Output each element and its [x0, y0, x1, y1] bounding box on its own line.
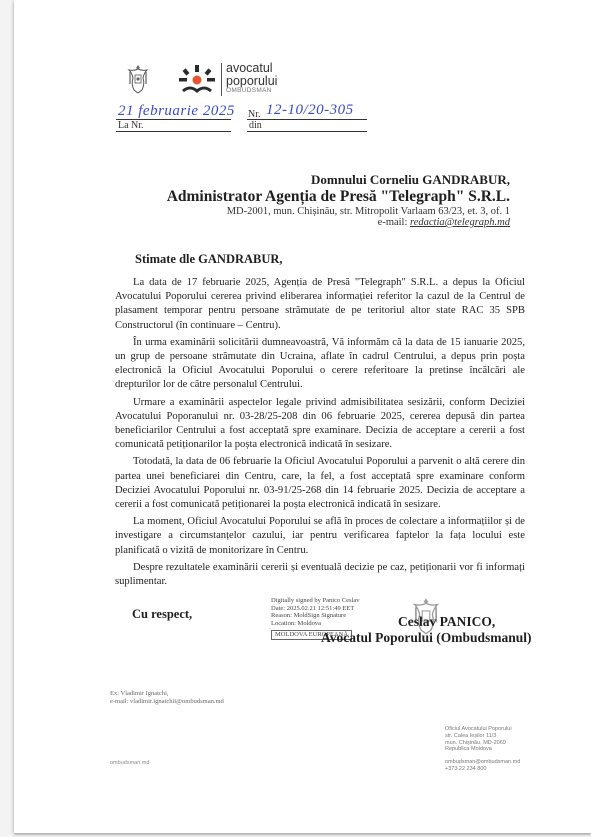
document-page: avocatul poporului OMBUDSMAN 21 februari…	[14, 0, 591, 833]
footer-phone: +373 22 234 800	[445, 766, 520, 773]
ombudsman-sun-logo-icon	[176, 64, 218, 96]
brand-line1: avocatul	[226, 62, 277, 75]
addressee-email-link[interactable]: redactia@telegraph.md	[410, 217, 510, 228]
addressee-position: Administrator Agenția de Presă "Telegrap…	[167, 188, 510, 206]
logo-divider	[221, 63, 222, 96]
body-paragraph: La data de 17 februarie 2025, Agenția de…	[115, 276, 525, 333]
nr-underline	[247, 119, 367, 120]
footer-city: mun. Chișinău, MD-2069	[445, 740, 520, 747]
body-paragraph: Despre rezultatele examinării cererii și…	[115, 561, 525, 589]
greeting: Stimate dle GANDRABUR,	[135, 252, 283, 267]
body-paragraph: În urma examinării solicitării dumneavoa…	[115, 336, 525, 393]
sig-location: Location: Moldova	[271, 620, 359, 628]
executor-info: Ex: Vladimir Ignatchi, e-mail: vladimir.…	[110, 690, 224, 706]
signer-name: Ceslav PANICO,	[398, 614, 495, 630]
signer-title: Avocatul Poporului (Ombudsmanul)	[321, 630, 532, 646]
footer-contact: Oficiul Avocatului Poporului str. Calea …	[445, 726, 520, 773]
sig-date: Date: 2025.02.21 12:51:49 EET	[271, 605, 359, 613]
executor-name: Ex: Vladimir Ignatchi,	[110, 690, 224, 698]
body-paragraph: La moment, Oficiul Avocatului Poporului …	[115, 515, 525, 558]
letter-body: La data de 17 februarie 2025, Agenția de…	[115, 276, 525, 592]
footer-street: str. Calea Ieșilor 11/3	[445, 733, 520, 740]
digital-signature-info: Digitally signed by Panico Ceslav Date: …	[271, 597, 359, 627]
footer-website: ombudsman.md	[110, 760, 149, 766]
addressee-name: Domnului Corneliu GANDRABUR,	[167, 172, 510, 188]
din-underline	[247, 131, 367, 132]
body-paragraph: Urmare a examinării aspectelor legale pr…	[115, 396, 525, 453]
la-nr-underline	[116, 131, 231, 132]
brand-line3: OMBUDSMAN	[226, 88, 277, 95]
brand-line2: poporului	[226, 75, 277, 88]
closing: Cu respect,	[132, 607, 192, 622]
din-label: din	[249, 120, 262, 131]
addressee-email-row: e-mail: redactia@telegraph.md	[167, 217, 510, 228]
addressee-block: Domnului Corneliu GANDRABUR, Administrat…	[167, 172, 510, 228]
sig-reason: Reason: MoldSign Signature	[271, 612, 359, 620]
footer-country: Republica Moldova	[445, 746, 520, 753]
moldova-coat-of-arms-icon	[127, 64, 149, 94]
footer-email: ombudsman@ombudsman.md	[445, 759, 520, 766]
footer-org: Oficiul Avocatului Poporului	[445, 726, 520, 733]
la-nr-label: La Nr.	[118, 120, 144, 131]
sig-signed-by: Digitally signed by Panico Ceslav	[271, 597, 359, 605]
handwritten-reg-number: 12-10/20-305	[266, 102, 354, 119]
brand-wordmark: avocatul poporului OMBUDSMAN	[226, 62, 277, 95]
handwritten-date: 21 februarie 2025	[118, 103, 235, 120]
body-paragraph: Totodată, la data de 06 februarie la Ofi…	[115, 455, 525, 512]
executor-email: e-mail: vladimir.ignatchii@ombudsman.md	[110, 698, 224, 706]
email-label: e-mail:	[378, 217, 408, 228]
addressee-address: MD-2001, mun. Chișinău, str. Mitropolit …	[167, 206, 510, 217]
